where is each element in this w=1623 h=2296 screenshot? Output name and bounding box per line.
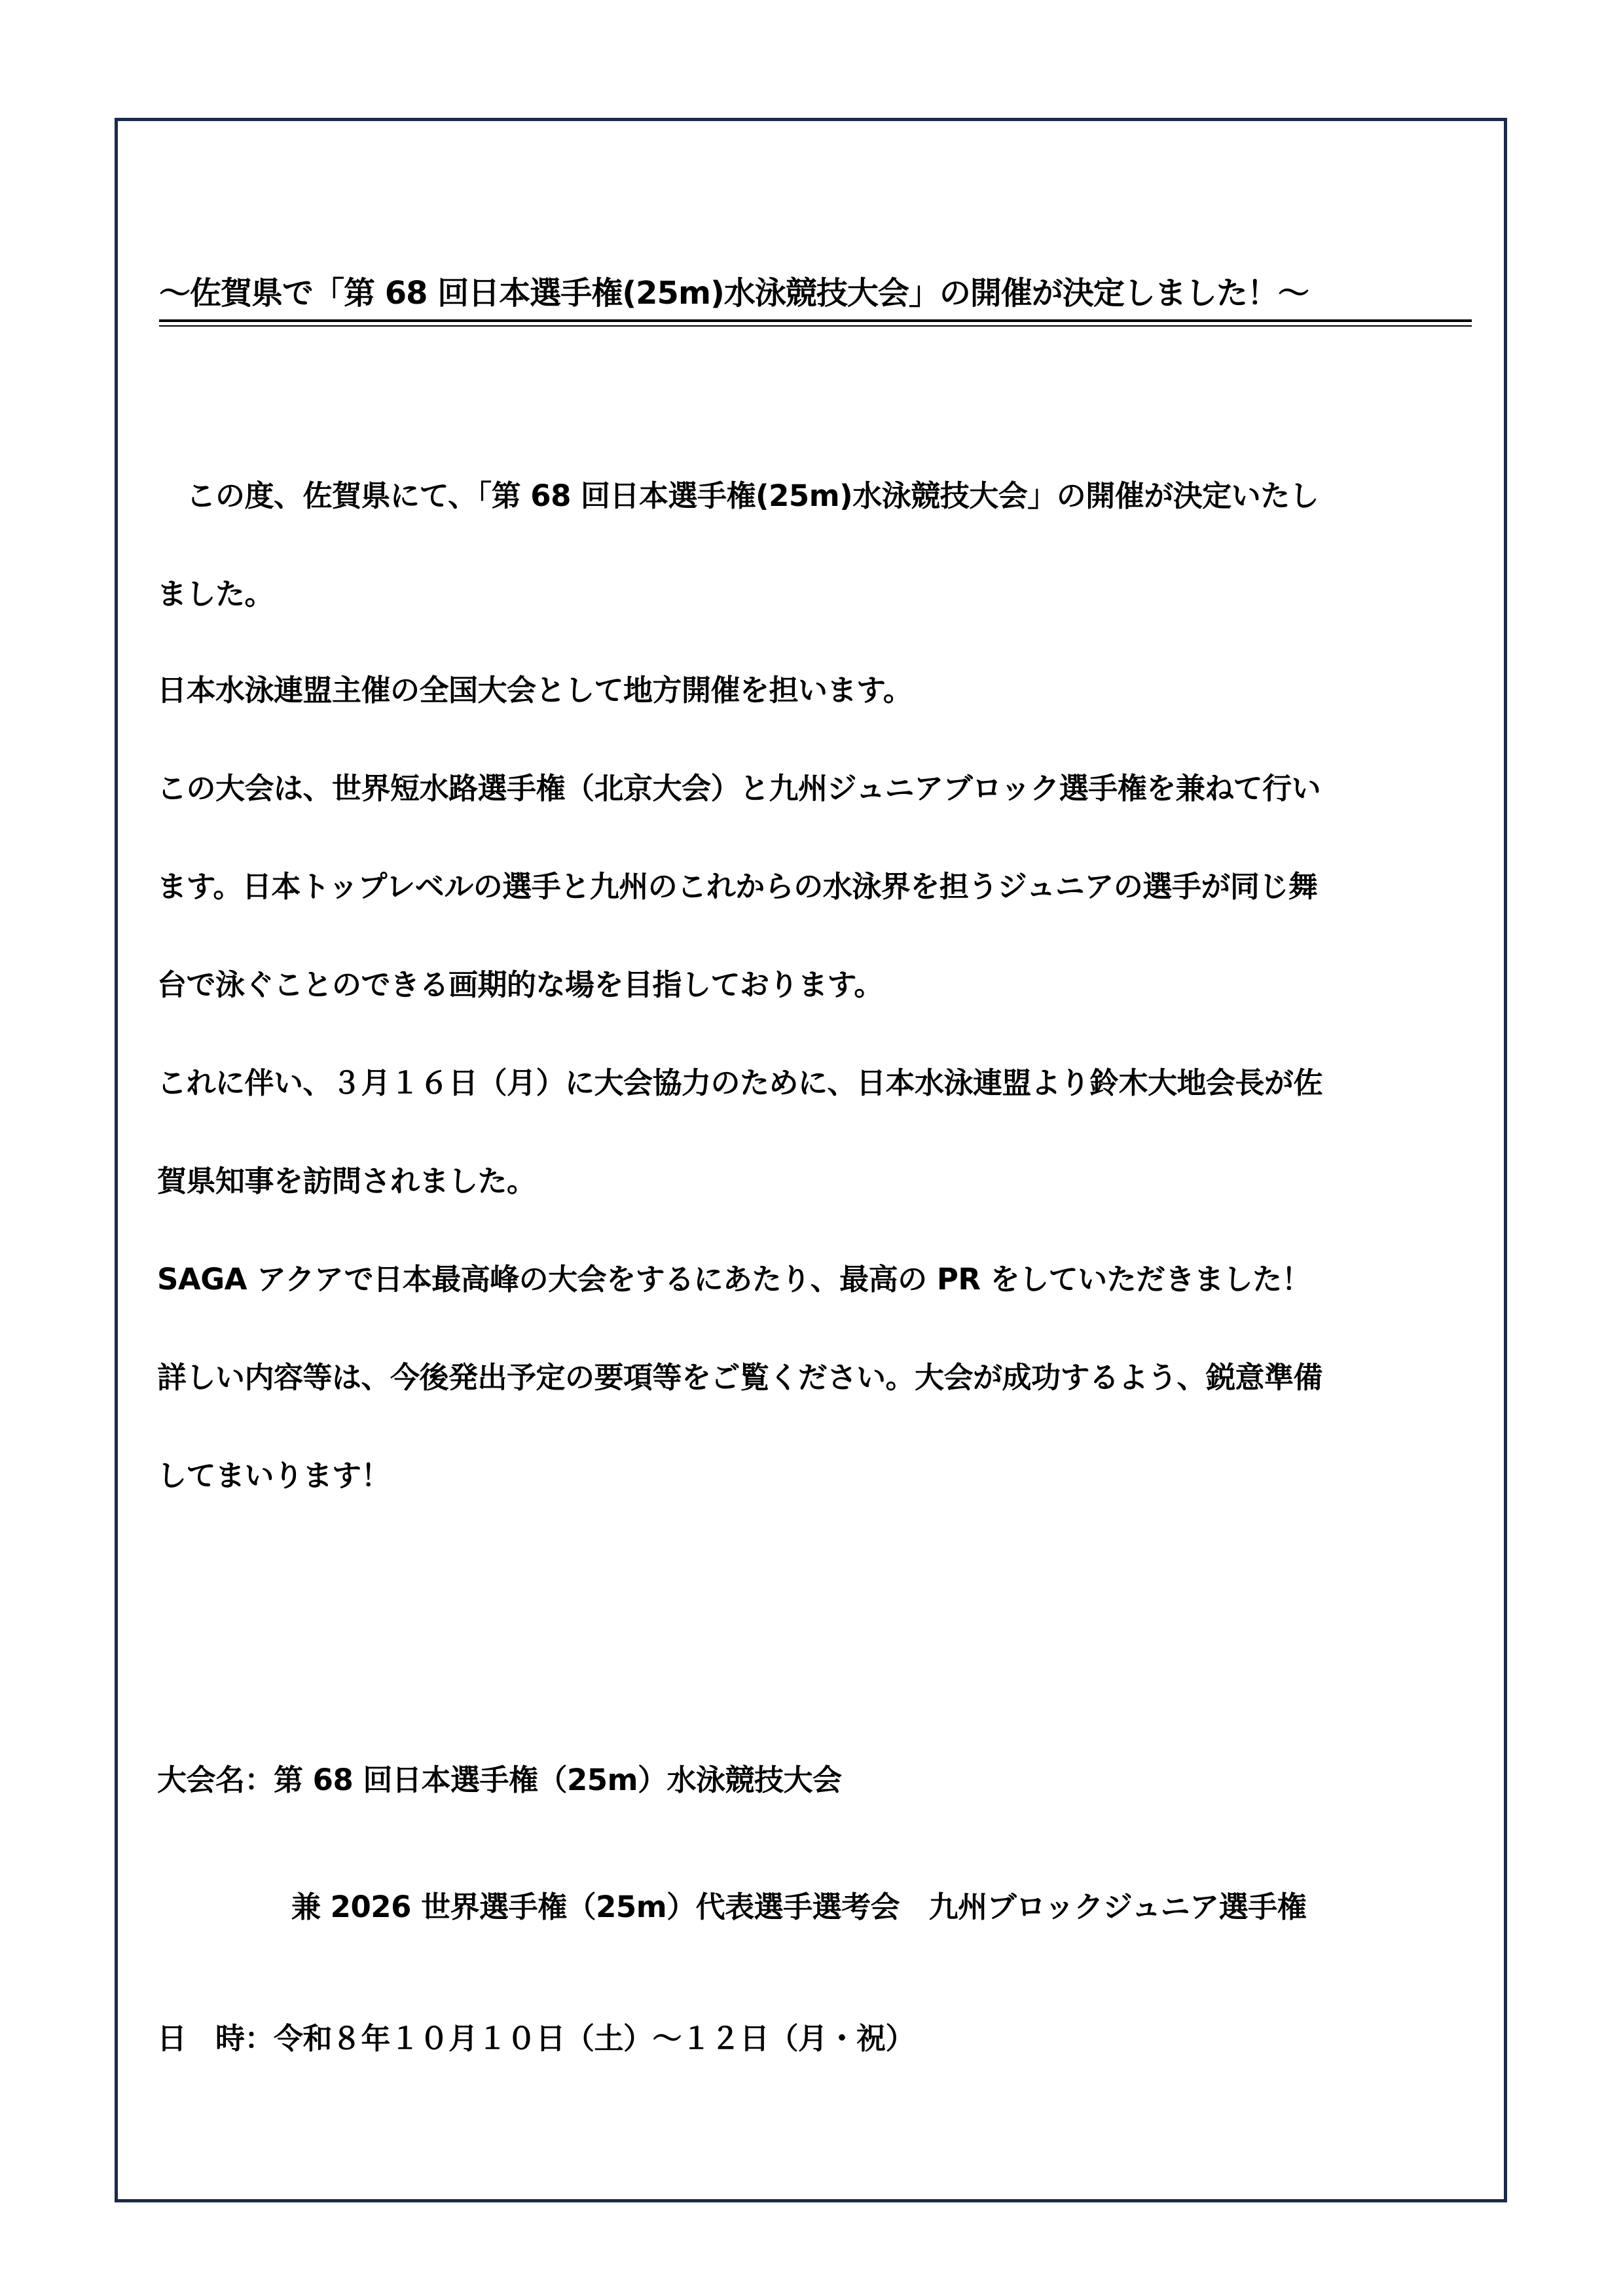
event-name-row: 大会名：第 68 回日本選手権（25m）水泳競技大会 <box>157 1762 841 1799</box>
body-line: 台で泳ぐことのできる画期的な場を目指しております。 <box>157 967 883 1003</box>
body-line: この度、佐賀県にて、「第 68 回日本選手権(25m)水泳競技大会」の開催が決定… <box>157 478 1319 514</box>
event-name-label: 大会名： <box>157 1763 274 1797</box>
body-line: ます。日本トップレベルの選手と九州のこれからの水泳界を担うジュニアの選手が同じ舞 <box>157 869 1317 905</box>
body-line: これに伴い、３月１６日（月）に大会協力のために、日本水泳連盟より鈴木大地会長が佐 <box>157 1065 1322 1102</box>
event-date-label: 日 時： <box>157 2021 274 2056</box>
body-line: ました。 <box>157 576 274 613</box>
title-underline-thick <box>159 319 1472 322</box>
event-name-value: 第 68 回日本選手権（25m）水泳競技大会 <box>274 1763 841 1797</box>
document-title: ～佐賀県で「第 68 回日本選手権(25m)水泳競技大会」の開催が決定しました！… <box>159 274 1475 313</box>
body-line: この大会は、世界短水路選手権（北京大会）と九州ジュニアブロック選手権を兼ねて行い <box>157 770 1321 807</box>
event-date-value: 令和８年１０月１０日（土）～１２日（月・祝） <box>274 2021 915 2056</box>
body-line: SAGA アクアで日本最高峰の大会をするにあたり、最高の PR をしていただきま… <box>157 1261 1311 1298</box>
body-line: 日本水泳連盟主催の全国大会として地方開催を担います。 <box>157 672 912 709</box>
body-line: 賀県知事を訪問されました。 <box>157 1163 536 1200</box>
body-line: 詳しい内容等は、今後発出予定の要項等をご覧ください。大会が成功するよう、鋭意準備 <box>157 1359 1322 1396</box>
body-line: してまいります！ <box>157 1458 390 1494</box>
event-date-row: 日 時：令和８年１０月１０日（土）～１２日（月・祝） <box>157 2020 915 2057</box>
event-subtitle: 兼 2026 世界選手権（25m）代表選手選考会 九州ブロックジュニア選手権 <box>291 1889 1306 1926</box>
title-underline-thin <box>159 325 1472 327</box>
